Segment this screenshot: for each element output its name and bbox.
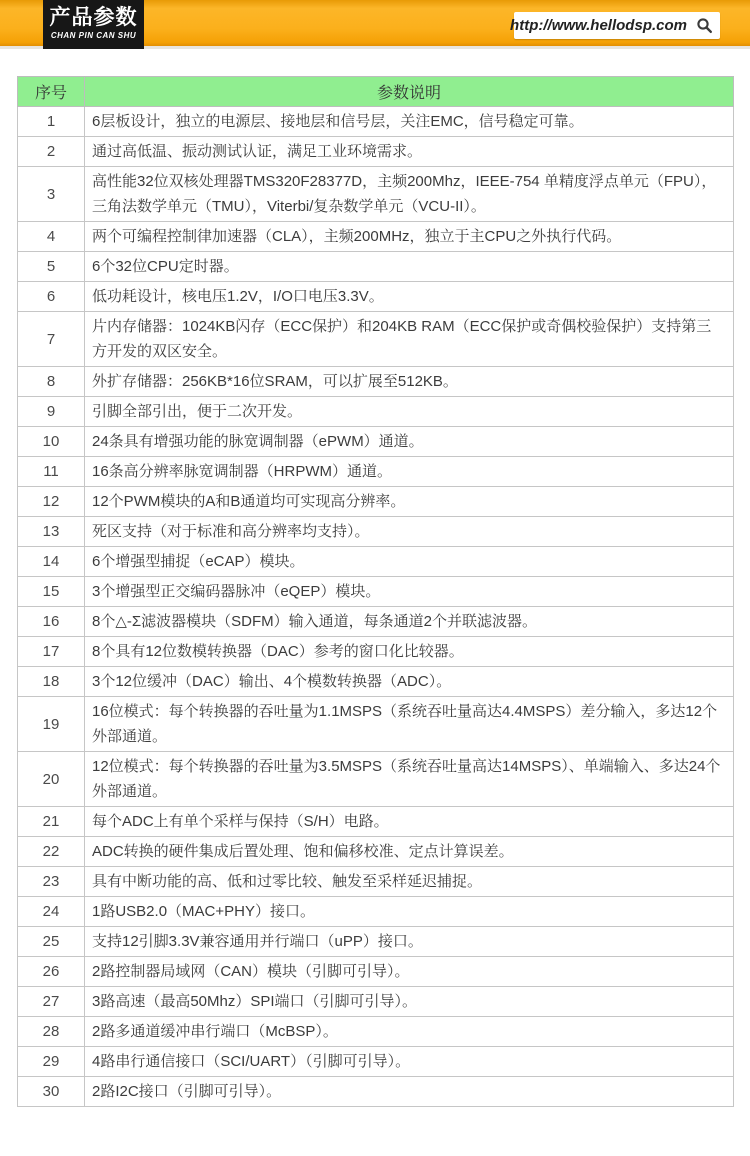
row-index: 12 bbox=[18, 487, 85, 517]
row-index: 8 bbox=[18, 367, 85, 397]
row-description: 16条高分辨率脉宽调制器（HRPWM）通道。 bbox=[85, 457, 734, 487]
row-index: 24 bbox=[18, 897, 85, 927]
row-description: 3个增强型正交编码器脉冲（eQEP）模块。 bbox=[85, 577, 734, 607]
row-index: 30 bbox=[18, 1077, 85, 1107]
table-row: 7 片内存储器：1024KB闪存（ECC保护）和204KB RAM（ECC保护或… bbox=[18, 312, 734, 367]
table-row: 9 引脚全部引出，便于二次开发。 bbox=[18, 397, 734, 427]
row-index: 5 bbox=[18, 252, 85, 282]
table-row: 24 1路USB2.0（MAC+PHY）接口。 bbox=[18, 897, 734, 927]
row-index: 21 bbox=[18, 807, 85, 837]
table-row: 18 3个12位缓冲（DAC）输出、4个模数转换器（ADC）。 bbox=[18, 667, 734, 697]
table-row: 2 通过高低温、振动测试认证，满足工业环境需求。 bbox=[18, 137, 734, 167]
row-index: 7 bbox=[18, 312, 85, 367]
row-index: 23 bbox=[18, 867, 85, 897]
table-row: 8 外扩存储器：256KB*16位SRAM，可以扩展至512KB。 bbox=[18, 367, 734, 397]
row-description: 2路控制器局域网（CAN）模块（引脚可引导）。 bbox=[85, 957, 734, 987]
row-description: 2路多通道缓冲串行端口（McBSP）。 bbox=[85, 1017, 734, 1047]
row-index: 6 bbox=[18, 282, 85, 312]
table-row: 25 支持12引脚3.3V兼容通用并行端口（uPP）接口。 bbox=[18, 927, 734, 957]
row-index: 2 bbox=[18, 137, 85, 167]
row-index: 29 bbox=[18, 1047, 85, 1077]
row-description: 8个△-Σ滤波器模块（SDFM）输入通道，每条通道2个并联滤波器。 bbox=[85, 607, 734, 637]
table-row: 21 每个ADC上有单个采样与保持（S/H）电路。 bbox=[18, 807, 734, 837]
table-head: 序号 参数说明 bbox=[18, 77, 734, 107]
badge-subtitle: CHAN PIN CAN SHU bbox=[43, 30, 144, 41]
row-index: 27 bbox=[18, 987, 85, 1017]
row-description: ADC转换的硬件集成后置处理、饱和偏移校准、定点计算误差。 bbox=[85, 837, 734, 867]
row-index: 11 bbox=[18, 457, 85, 487]
row-description: 6个增强型捕捉（eCAP）模块。 bbox=[85, 547, 734, 577]
row-index: 26 bbox=[18, 957, 85, 987]
row-description: 3个12位缓冲（DAC）输出、4个模数转换器（ADC）。 bbox=[85, 667, 734, 697]
row-description: 6层板设计，独立的电源层、接地层和信号层，关注EMC，信号稳定可靠。 bbox=[85, 107, 734, 137]
table-row: 23 具有中断功能的高、低和过零比较、触发至采样延迟捕捉。 bbox=[18, 867, 734, 897]
table-row: 3 高性能32位双核处理器TMS320F28377D，主频200Mhz，IEEE… bbox=[18, 167, 734, 222]
row-index: 10 bbox=[18, 427, 85, 457]
table-row: 19 16位模式：每个转换器的吞吐量为1.1MSPS（系统吞吐量高达4.4MSP… bbox=[18, 697, 734, 752]
website-url-box[interactable]: http://www.hellodsp.com bbox=[514, 12, 720, 39]
table-row: 28 2路多通道缓冲串行端口（McBSP）。 bbox=[18, 1017, 734, 1047]
row-index: 3 bbox=[18, 167, 85, 222]
table-row: 12 12个PWM模块的A和B通道均可实现高分辨率。 bbox=[18, 487, 734, 517]
row-description: 具有中断功能的高、低和过零比较、触发至采样延迟捕捉。 bbox=[85, 867, 734, 897]
row-description: 死区支持（对于标准和高分辨率均支持）。 bbox=[85, 517, 734, 547]
row-index: 16 bbox=[18, 607, 85, 637]
row-description: 两个可编程控制律加速器（CLA），主频200MHz，独立于主CPU之外执行代码。 bbox=[85, 222, 734, 252]
table-row: 27 3路高速（最高50Mhz）SPI端口（引脚可引导）。 bbox=[18, 987, 734, 1017]
row-description: 24条具有增强功能的脉宽调制器（ePWM）通道。 bbox=[85, 427, 734, 457]
row-description: 1路USB2.0（MAC+PHY）接口。 bbox=[85, 897, 734, 927]
column-header-description: 参数说明 bbox=[85, 77, 734, 107]
row-index: 13 bbox=[18, 517, 85, 547]
column-header-index: 序号 bbox=[18, 77, 85, 107]
row-description: 支持12引脚3.3V兼容通用并行端口（uPP）接口。 bbox=[85, 927, 734, 957]
row-index: 22 bbox=[18, 837, 85, 867]
table-row: 29 4路串行通信接口（SCI/UART）（引脚可引导）。 bbox=[18, 1047, 734, 1077]
table-row: 30 2路I2C接口（引脚可引导）。 bbox=[18, 1077, 734, 1107]
row-description: 3路高速（最高50Mhz）SPI端口（引脚可引导）。 bbox=[85, 987, 734, 1017]
row-description: 8个具有12位数模转换器（DAC）参考的窗口化比较器。 bbox=[85, 637, 734, 667]
table-row: 13 死区支持（对于标准和高分辨率均支持）。 bbox=[18, 517, 734, 547]
row-description: 2路I2C接口（引脚可引导）。 bbox=[85, 1077, 734, 1107]
row-index: 18 bbox=[18, 667, 85, 697]
table-row: 5 6个32位CPU定时器。 bbox=[18, 252, 734, 282]
row-index: 1 bbox=[18, 107, 85, 137]
row-index: 28 bbox=[18, 1017, 85, 1047]
table-row: 16 8个△-Σ滤波器模块（SDFM）输入通道，每条通道2个并联滤波器。 bbox=[18, 607, 734, 637]
row-index: 15 bbox=[18, 577, 85, 607]
table-row: 15 3个增强型正交编码器脉冲（eQEP）模块。 bbox=[18, 577, 734, 607]
table-row: 17 8个具有12位数模转换器（DAC）参考的窗口化比较器。 bbox=[18, 637, 734, 667]
table-row: 26 2路控制器局域网（CAN）模块（引脚可引导）。 bbox=[18, 957, 734, 987]
table-row: 1 6层板设计，独立的电源层、接地层和信号层，关注EMC，信号稳定可靠。 bbox=[18, 107, 734, 137]
row-description: 引脚全部引出，便于二次开发。 bbox=[85, 397, 734, 427]
row-index: 20 bbox=[18, 752, 85, 807]
row-index: 9 bbox=[18, 397, 85, 427]
row-description: 6个32位CPU定时器。 bbox=[85, 252, 734, 282]
row-description: 片内存储器：1024KB闪存（ECC保护）和204KB RAM（ECC保护或奇偶… bbox=[85, 312, 734, 367]
row-description: 4路串行通信接口（SCI/UART）（引脚可引导）。 bbox=[85, 1047, 734, 1077]
badge-title: 产品参数 bbox=[43, 6, 144, 30]
website-url-text[interactable]: http://www.hellodsp.com bbox=[510, 17, 687, 34]
row-index: 19 bbox=[18, 697, 85, 752]
row-description: 12位模式：每个转换器的吞吐量为3.5MSPS（系统吞吐量高达14MSPS）、单… bbox=[85, 752, 734, 807]
row-index: 25 bbox=[18, 927, 85, 957]
parameters-section: 序号 参数说明 1 6层板设计，独立的电源层、接地层和信号层，关注EMC，信号稳… bbox=[17, 76, 734, 1107]
table-row: 14 6个增强型捕捉（eCAP）模块。 bbox=[18, 547, 734, 577]
table-row: 4 两个可编程控制律加速器（CLA），主频200MHz，独立于主CPU之外执行代… bbox=[18, 222, 734, 252]
row-description: 12个PWM模块的A和B通道均可实现高分辨率。 bbox=[85, 487, 734, 517]
table-header-row: 序号 参数说明 bbox=[18, 77, 734, 107]
header-bar: 产品参数 CHAN PIN CAN SHU http://www.hellods… bbox=[0, 0, 750, 46]
row-index: 17 bbox=[18, 637, 85, 667]
product-params-badge: 产品参数 CHAN PIN CAN SHU bbox=[43, 0, 144, 49]
row-description: 低功耗设计，核电压1.2V，I/O口电压3.3V。 bbox=[85, 282, 734, 312]
row-index: 14 bbox=[18, 547, 85, 577]
table-row: 22 ADC转换的硬件集成后置处理、饱和偏移校准、定点计算误差。 bbox=[18, 837, 734, 867]
table-row: 6 低功耗设计，核电压1.2V，I/O口电压3.3V。 bbox=[18, 282, 734, 312]
row-description: 通过高低温、振动测试认证，满足工业环境需求。 bbox=[85, 137, 734, 167]
table-row: 20 12位模式：每个转换器的吞吐量为3.5MSPS（系统吞吐量高达14MSPS… bbox=[18, 752, 734, 807]
row-description: 每个ADC上有单个采样与保持（S/H）电路。 bbox=[85, 807, 734, 837]
row-index: 4 bbox=[18, 222, 85, 252]
table-row: 10 24条具有增强功能的脉宽调制器（ePWM）通道。 bbox=[18, 427, 734, 457]
row-description: 16位模式：每个转换器的吞吐量为1.1MSPS（系统吞吐量高达4.4MSPS）差… bbox=[85, 697, 734, 752]
row-description: 外扩存储器：256KB*16位SRAM，可以扩展至512KB。 bbox=[85, 367, 734, 397]
table-body: 1 6层板设计，独立的电源层、接地层和信号层，关注EMC，信号稳定可靠。 2 通… bbox=[18, 107, 734, 1107]
table-row: 11 16条高分辨率脉宽调制器（HRPWM）通道。 bbox=[18, 457, 734, 487]
row-description: 高性能32位双核处理器TMS320F28377D，主频200Mhz，IEEE-7… bbox=[85, 167, 734, 222]
search-icon bbox=[696, 17, 713, 34]
parameters-table: 序号 参数说明 1 6层板设计，独立的电源层、接地层和信号层，关注EMC，信号稳… bbox=[17, 76, 734, 1107]
